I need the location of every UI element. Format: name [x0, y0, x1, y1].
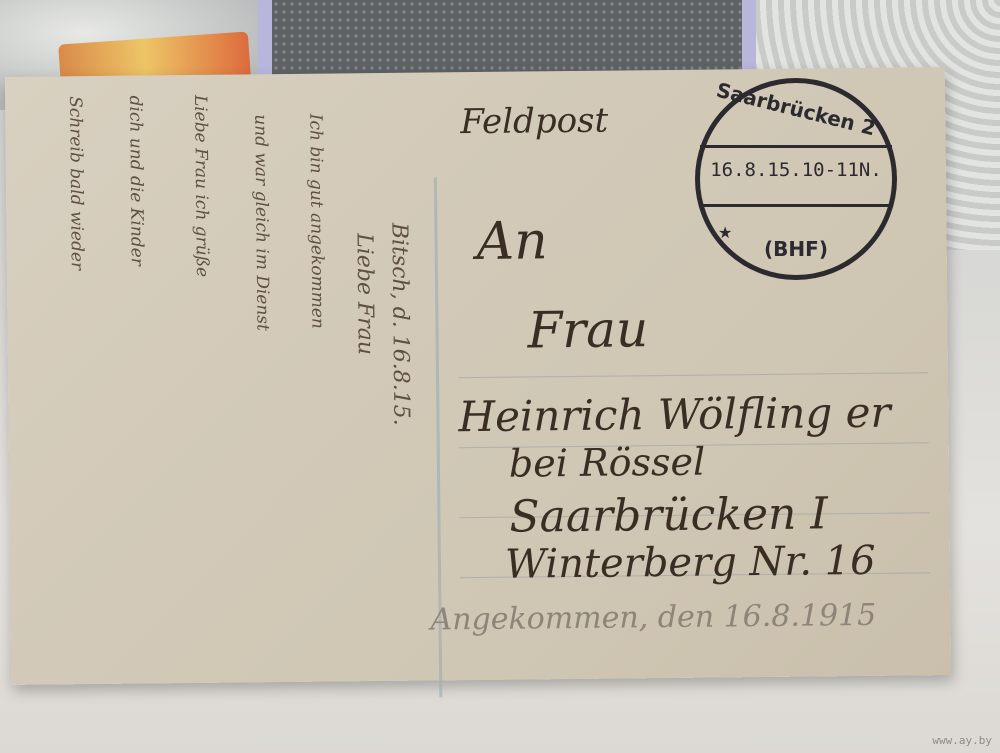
message-line: dich und die Kinder	[125, 95, 147, 266]
watermark: www.ay.by	[932, 734, 992, 747]
address-line-name: Heinrich Wölfling er	[458, 388, 891, 442]
address-line-care-of: bei Rössel	[509, 440, 706, 486]
feldpost-label: Feldpost	[460, 101, 608, 143]
address-line-frau: Frau	[527, 300, 648, 359]
message-line: Ich bin gut angekommen	[305, 114, 327, 329]
address-line-city: Saarbrücken I	[509, 488, 828, 542]
message-line: und war gleich im Dienst	[250, 114, 272, 331]
message-line: Schreib bald wieder	[65, 96, 87, 270]
message-salutation: Liebe Frau	[351, 233, 377, 355]
address-rule	[458, 372, 928, 378]
address-line-an: An	[476, 211, 548, 272]
postmark-date: 16.8.15.10-11N.	[700, 159, 892, 181]
pencil-arrival-note: Angekommen, den 16.8.1915	[430, 598, 876, 638]
message-heading: Bitsch, d. 16.8.15.	[386, 223, 413, 426]
address-line-street: Winterberg Nr. 16	[505, 538, 876, 588]
postmark-station: (BHF)	[700, 237, 892, 261]
postmark-stamp: Saarbrücken 2 16.8.15.10-11N. ★ (BHF)	[695, 78, 897, 280]
message-line: Liebe Frau ich grüße	[190, 95, 212, 277]
